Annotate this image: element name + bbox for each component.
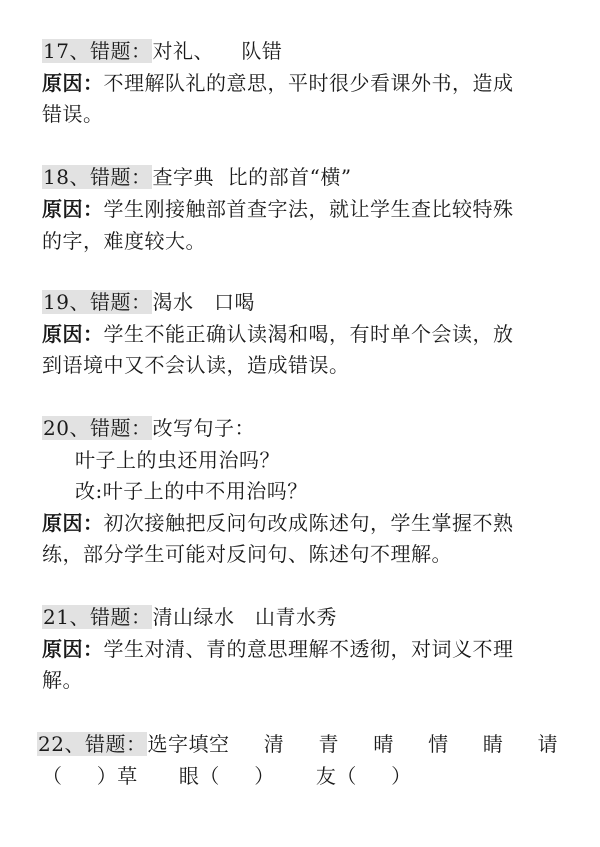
item-19-reason-label: 原因： bbox=[42, 322, 104, 346]
item-20-title: 20、错题：改写句子： bbox=[42, 415, 255, 441]
item-22-number-label: 22、错题： bbox=[37, 732, 147, 756]
item-19-question: 渴水 口喝 bbox=[152, 290, 255, 314]
item-18-reason-line-2: 的字，难度较大。 bbox=[42, 228, 206, 254]
item-17-reason-text: 不理解队礼的意思，平时很少看课外书，造成 bbox=[104, 71, 514, 95]
item-17-reason-line-2: 错误。 bbox=[42, 101, 104, 127]
item-21-reason-text: 学生对清、青的意思理解不透彻，对词义不理 bbox=[104, 637, 514, 661]
item-18-title: 18、错题：查字典 比的部首“横” bbox=[42, 164, 352, 190]
item-20-reason-line-1: 原因：初次接触把反问句改成陈述句，学生掌握不熟 bbox=[42, 510, 514, 536]
item-22-question: 选字填空 清 青 晴 情 睛 请 bbox=[147, 732, 558, 756]
item-21-question: 清山绿水 山青水秀 bbox=[152, 605, 337, 629]
item-18-reason-label: 原因： bbox=[42, 197, 104, 221]
item-21-reason-line-2: 解。 bbox=[42, 667, 83, 693]
item-17-reason-label: 原因： bbox=[42, 71, 104, 95]
item-21-number-label: 21、错题： bbox=[42, 605, 152, 629]
item-20-original-sentence: 叶子上的虫还用治吗？ bbox=[75, 447, 280, 473]
item-20-number-label: 20、错题： bbox=[42, 416, 152, 440]
item-22-title: 22、错题：选字填空 清 青 晴 情 睛 请 bbox=[37, 731, 558, 757]
item-20-question: 改写句子： bbox=[152, 416, 255, 440]
item-18-reason-line-1: 原因：学生刚接触部首查字法，就让学生查比较特殊 bbox=[42, 196, 514, 222]
item-17-question: 对礼、 队错 bbox=[152, 39, 282, 63]
item-22-fill-blanks: （ ）草 眼（ ） 友（ ） bbox=[42, 763, 412, 789]
item-20-reason-label: 原因： bbox=[42, 511, 104, 535]
item-18-question: 查字典 比的部首“横” bbox=[152, 165, 351, 189]
item-19-title: 19、错题：渴水 口喝 bbox=[42, 289, 255, 315]
item-19-number-label: 19、错题： bbox=[42, 290, 152, 314]
item-21-title: 21、错题：清山绿水 山青水秀 bbox=[42, 604, 337, 630]
item-21-reason-line-1: 原因：学生对清、青的意思理解不透彻，对词义不理 bbox=[42, 636, 514, 662]
item-19-reason-text: 学生不能正确认读渴和喝，有时单个会读，放 bbox=[104, 322, 514, 346]
item-18-reason-text: 学生刚接触部首查字法，就让学生查比较特殊 bbox=[104, 197, 514, 221]
item-20-reason-line-2: 练，部分学生可能对反问句、陈述句不理解。 bbox=[42, 541, 452, 567]
item-20-reason-text: 初次接触把反问句改成陈述句，学生掌握不熟 bbox=[104, 511, 514, 535]
item-17-title: 17、错题：对礼、 队错 bbox=[42, 38, 282, 64]
item-18-number-label: 18、错题： bbox=[42, 165, 152, 189]
item-19-reason-line-2: 到语境中又不会认读，造成错误。 bbox=[42, 352, 350, 378]
item-17-reason-line-1: 原因：不理解队礼的意思，平时很少看课外书，造成 bbox=[42, 70, 514, 96]
item-19-reason-line-1: 原因：学生不能正确认读渴和喝，有时单个会读，放 bbox=[42, 321, 514, 347]
item-17-number-label: 17、错题： bbox=[42, 39, 152, 63]
item-21-reason-label: 原因： bbox=[42, 637, 104, 661]
item-20-rewritten-sentence: 改:叶子上的中不用治吗？ bbox=[75, 478, 308, 504]
